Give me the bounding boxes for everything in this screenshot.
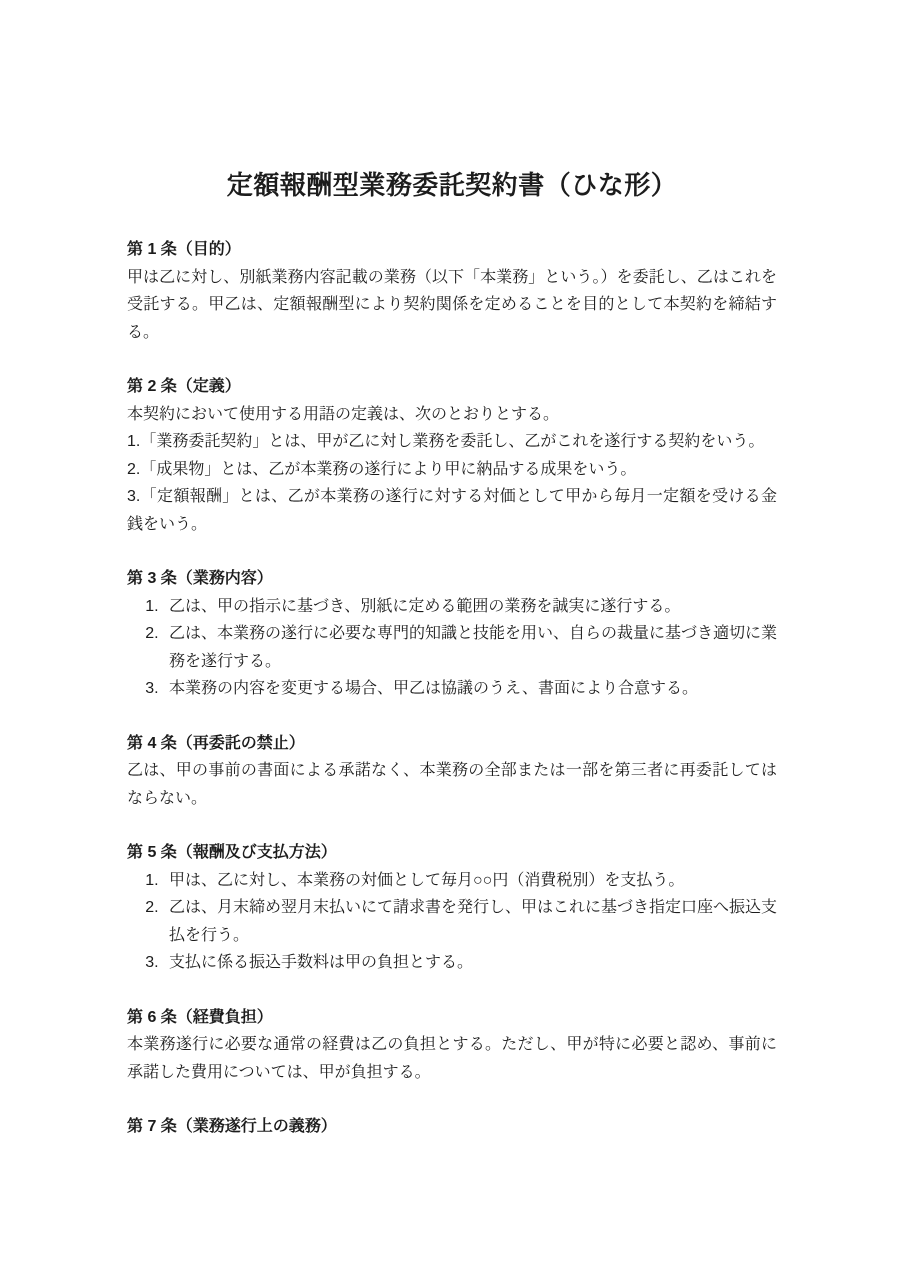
article-heading: 第 5 条（報酬及び支払方法）	[127, 839, 777, 867]
article-list-item: 乙は、月末締め翌月末払いにて請求書を発行し、甲はこれに基づき指定口座へ振込支払を…	[163, 894, 777, 949]
document-sections: 第 1 条（目的）甲は乙に対し、別紙業務内容記載の業務（以下「本業務」という。）…	[127, 236, 777, 1141]
article-paragraph: 2.「成果物」とは、乙が本業務の遂行により甲に納品する成果をいう。	[127, 456, 777, 484]
article-heading: 第 7 条（業務遂行上の義務）	[127, 1113, 777, 1141]
article-heading: 第 4 条（再委託の禁止）	[127, 730, 777, 758]
article-paragraph: 本業務遂行に必要な通常の経費は乙の負担とする。ただし、甲が特に必要と認め、事前に…	[127, 1031, 777, 1086]
article-paragraph: 3.「定額報酬」とは、乙が本業務の遂行に対する対価として甲から毎月一定額を受ける…	[127, 483, 777, 538]
contract-article: 第 5 条（報酬及び支払方法）甲は、乙に対し、本業務の対価として毎月○○円（消費…	[127, 839, 777, 977]
article-list-item: 乙は、甲の指示に基づき、別紙に定める範囲の業務を誠実に遂行する。	[163, 593, 777, 621]
contract-article: 第 7 条（業務遂行上の義務）	[127, 1113, 777, 1141]
article-paragraph: 乙は、甲の事前の書面による承諾なく、本業務の全部または一部を第三者に再委託しては…	[127, 757, 777, 812]
article-heading: 第 2 条（定義）	[127, 373, 777, 401]
contract-article: 第 6 条（経費負担）本業務遂行に必要な通常の経費は乙の負担とする。ただし、甲が…	[127, 1004, 777, 1087]
article-list-item: 本業務の内容を変更する場合、甲乙は協議のうえ、書面により合意する。	[163, 675, 777, 703]
contract-article: 第 4 条（再委託の禁止）乙は、甲の事前の書面による承諾なく、本業務の全部または…	[127, 730, 777, 813]
contract-article: 第 3 条（業務内容）乙は、甲の指示に基づき、別紙に定める範囲の業務を誠実に遂行…	[127, 565, 777, 703]
document-page: 定額報酬型業務委託契約書（ひな形） 第 1 条（目的）甲は乙に対し、別紙業務内容…	[0, 0, 904, 1279]
article-heading: 第 6 条（経費負担）	[127, 1004, 777, 1032]
article-paragraph: 1.「業務委託契約」とは、甲が乙に対し業務を委託し、乙がこれを遂行する契約をいう…	[127, 428, 777, 456]
article-paragraph: 本契約において使用する用語の定義は、次のとおりとする。	[127, 401, 777, 429]
article-list: 乙は、甲の指示に基づき、別紙に定める範囲の業務を誠実に遂行する。乙は、本業務の遂…	[127, 593, 777, 703]
article-paragraph: 甲は乙に対し、別紙業務内容記載の業務（以下「本業務」という。）を委託し、乙はこれ…	[127, 264, 777, 347]
article-heading: 第 3 条（業務内容）	[127, 565, 777, 593]
contract-article: 第 1 条（目的）甲は乙に対し、別紙業務内容記載の業務（以下「本業務」という。）…	[127, 236, 777, 346]
article-list: 甲は、乙に対し、本業務の対価として毎月○○円（消費税別）を支払う。乙は、月末締め…	[127, 867, 777, 977]
contract-article: 第 2 条（定義）本契約において使用する用語の定義は、次のとおりとする。1.「業…	[127, 373, 777, 538]
article-heading: 第 1 条（目的）	[127, 236, 777, 264]
article-list-item: 支払に係る振込手数料は甲の負担とする。	[163, 949, 777, 977]
article-list-item: 乙は、本業務の遂行に必要な専門的知識と技能を用い、自らの裁量に基づき適切に業務を…	[163, 620, 777, 675]
document-title: 定額報酬型業務委託契約書（ひな形）	[127, 166, 777, 204]
article-list-item: 甲は、乙に対し、本業務の対価として毎月○○円（消費税別）を支払う。	[163, 867, 777, 895]
